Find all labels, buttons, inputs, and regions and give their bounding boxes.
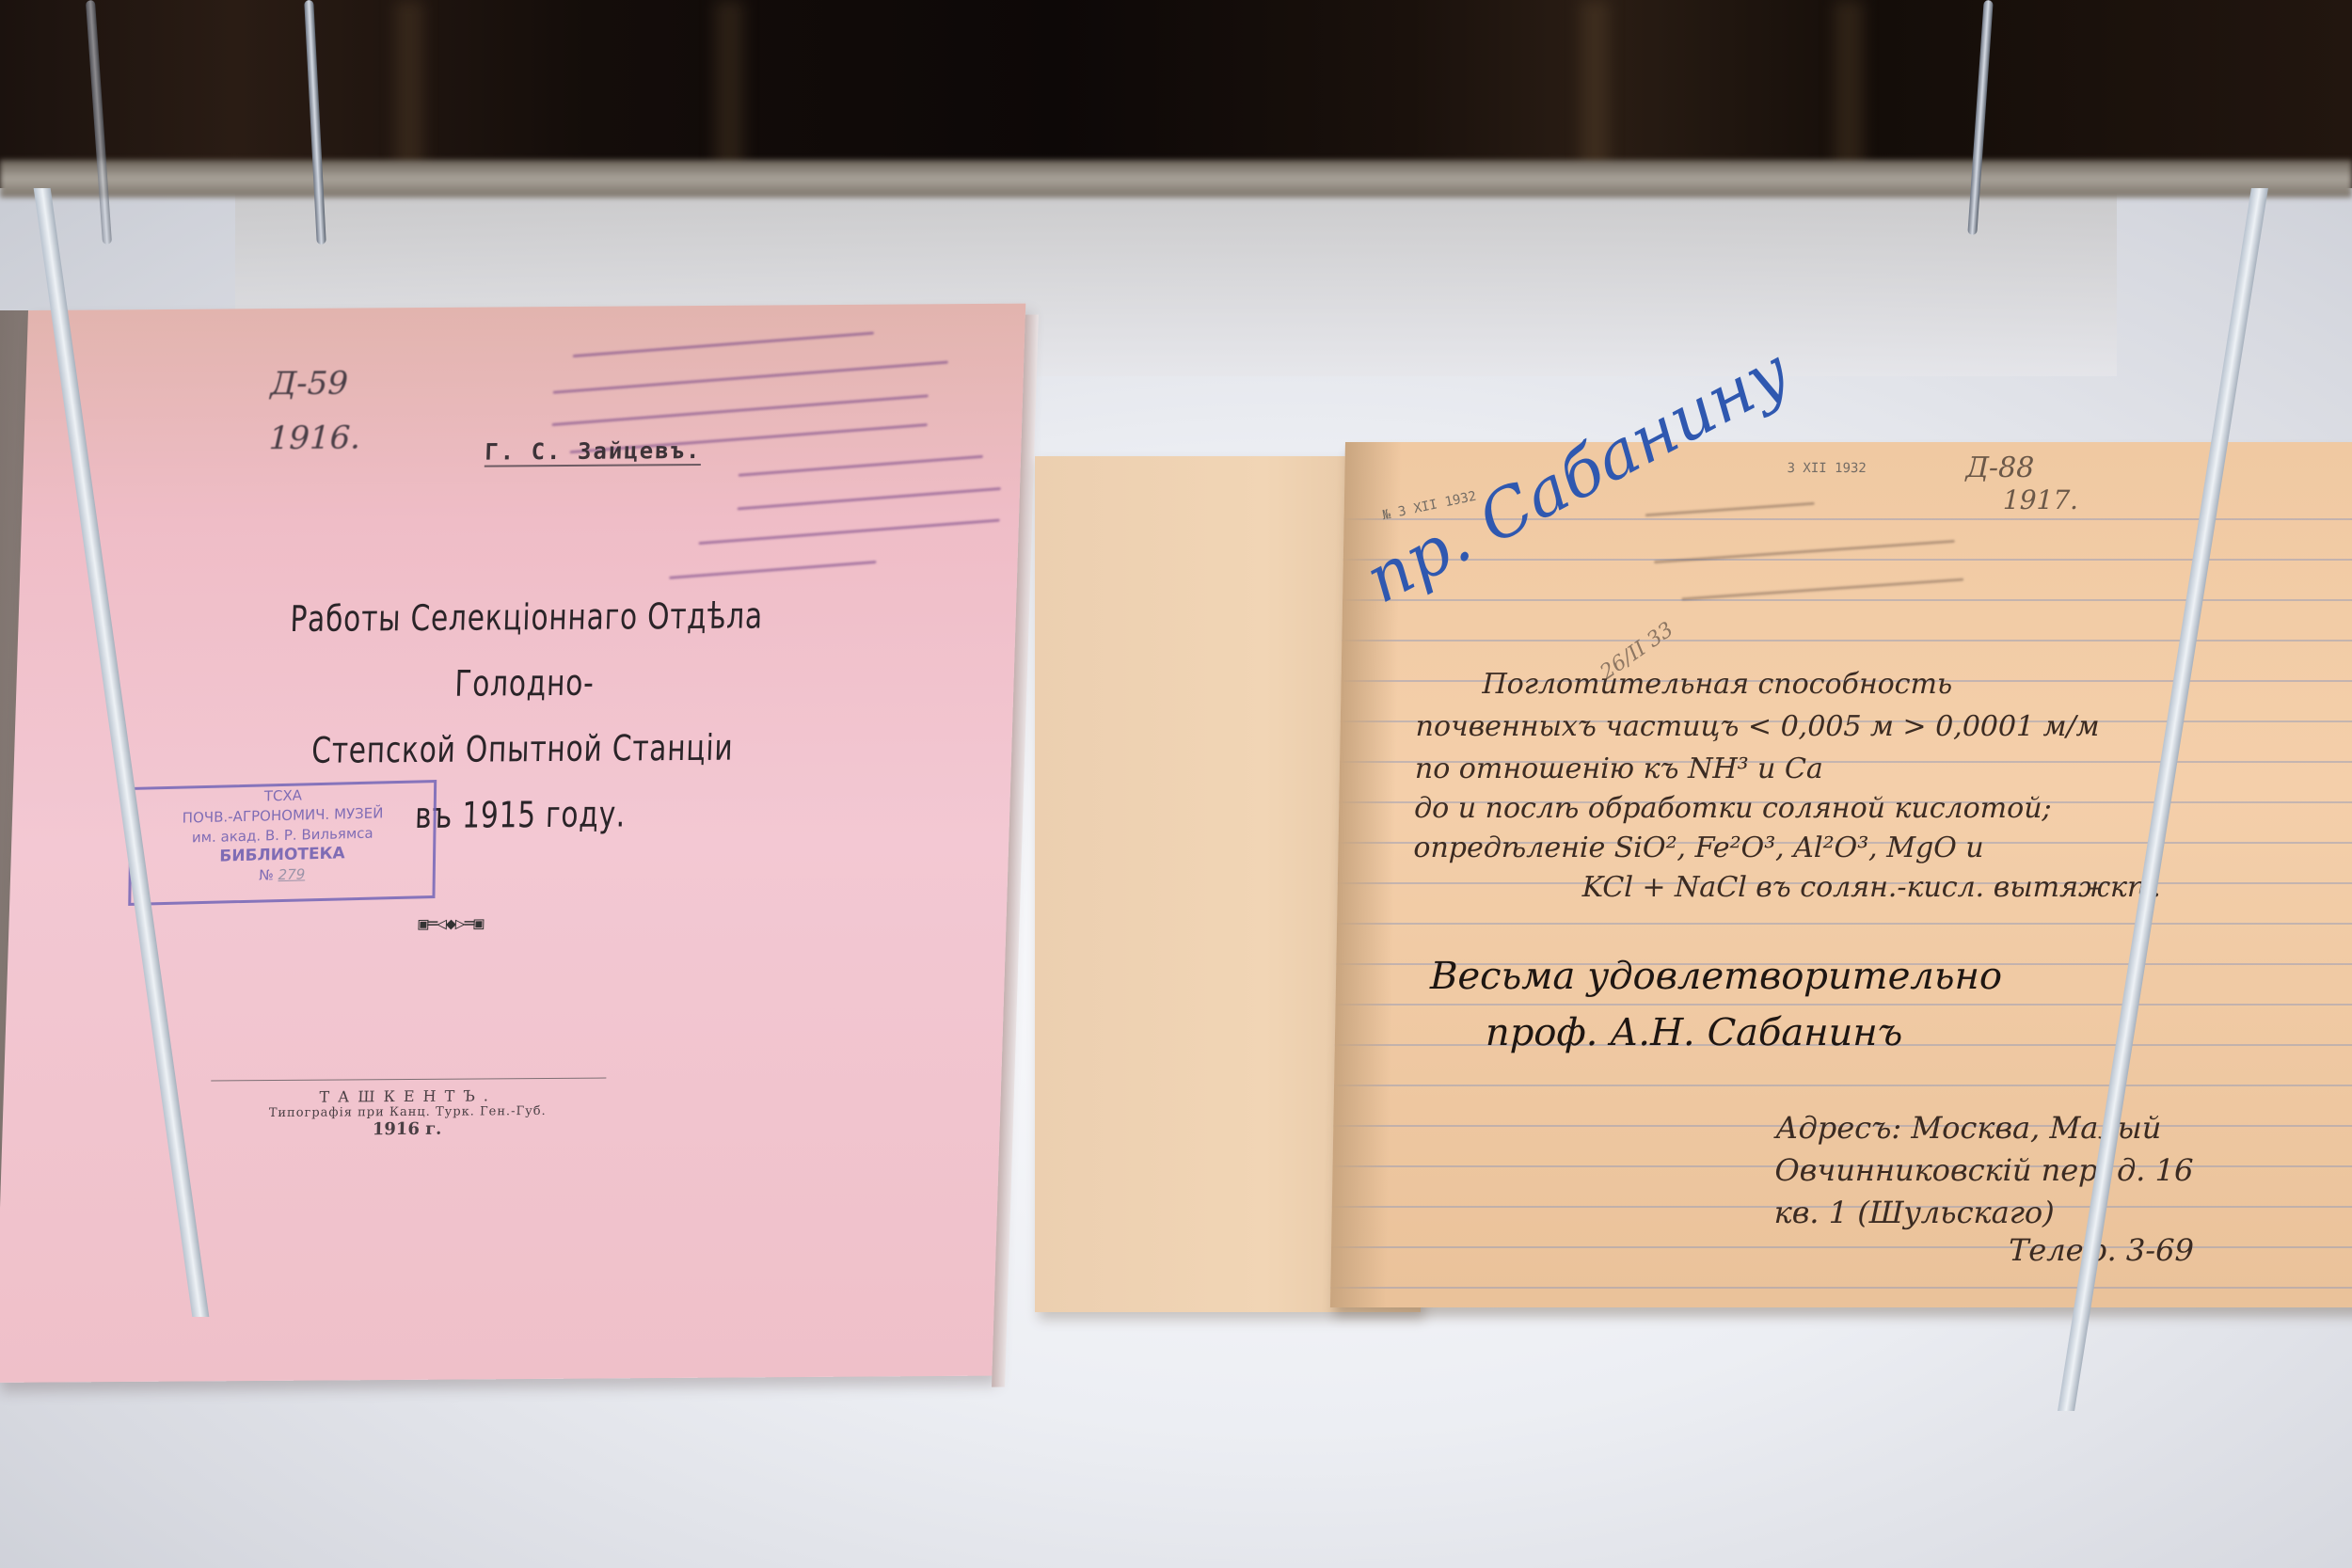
evaluation: Весьма удовлетворительно — [1430, 955, 2003, 998]
author-name: Г. С. Зайцевъ. — [485, 437, 702, 467]
imprint: ТАШКЕНТЪ. Типографія при Канц. Турк. Ген… — [209, 1078, 606, 1141]
printer-ornament: ▣═◁◆▷═▣ — [418, 913, 484, 933]
pink-brochure-cover: Д-59 1916. Г. С. Зайцевъ. Работы Селекці… — [0, 304, 1025, 1383]
stamp-number: 279 — [278, 865, 305, 883]
registry-stamp-2: 3 ХІІ 1932 — [1787, 461, 1867, 476]
display-ledge — [0, 160, 2352, 198]
library-stamp: ТСХА ПОЧВ.-АГРОНОМИЧ. МУЗЕЙ им. акад. В.… — [128, 780, 437, 906]
notebook-catalog-year: 1917. — [2003, 484, 2079, 515]
signature: проф. А.Н. Сабанинъ — [1486, 1011, 1903, 1054]
catalog-mark: Д-59 — [270, 365, 349, 404]
catalog-year: 1916. — [268, 420, 361, 458]
notebook-catalog-mark: Д-88 — [1965, 451, 2034, 484]
museum-display-scene: Д-59 1916. Г. С. Зайцевъ. Работы Селекці… — [0, 0, 2352, 1568]
